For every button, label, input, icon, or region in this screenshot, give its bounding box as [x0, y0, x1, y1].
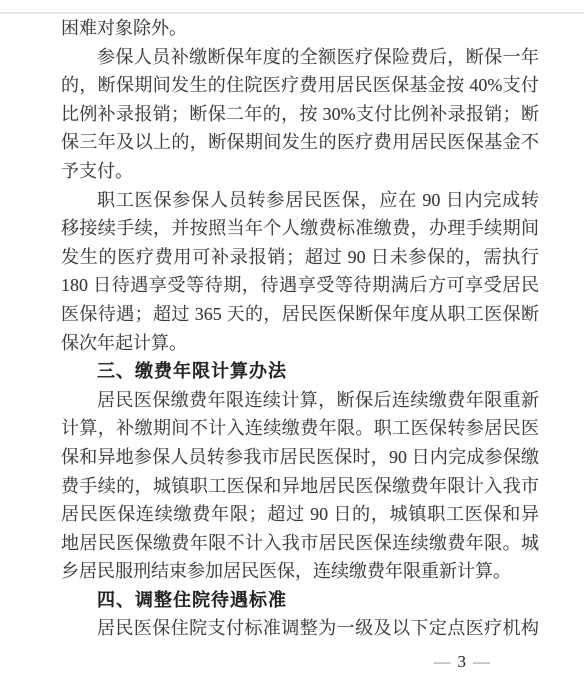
text-line: 计算，补缴期间不计入连续缴费年限。职工医保转参居民医 [61, 414, 539, 443]
page-number-value: 3 [458, 652, 467, 671]
text-line: 医保待遇；超过 365 天的，居民医保断保年度从职工医保断 [61, 300, 539, 329]
text-line: 发生的医疗费用可补录报销；超过 90 日未参保的，需执行 [61, 243, 539, 272]
page-number: —3— [0, 652, 490, 672]
text-line: 地居民医保缴费年限不计入我市居民医保连续缴费年限。城 [61, 529, 539, 558]
text-line: 居民医保住院支付标准调整为一级及以下定点医疗机构 [61, 614, 539, 643]
text-line: 乡居民服刑结束参加居民医保，连续缴费年限重新计算。 [61, 557, 539, 586]
text-line: 参保人员补缴断保年度的全额医疗保险费后，断保一年 [61, 43, 539, 72]
text-line: 比例补录报销；断保二年的，按 30%支付比例补录报销；断 [61, 100, 539, 129]
text-line: 180 日待遇享受等待期，待遇享受等待期满后方可享受居民 [61, 271, 539, 300]
text-line: 居民医保缴费年限连续计算，断保后连续缴费年限重新 [61, 386, 539, 415]
page-number-dash-left: — [434, 652, 451, 671]
text-line: 困难对象除外。 [61, 14, 539, 43]
section-heading: 四、调整住院待遇标准 [61, 586, 539, 615]
text-line: 移接续手续，并按照当年个人缴费标准缴费，办理手续期间 [61, 214, 539, 243]
text-line: 予支付。 [61, 157, 539, 186]
page-number-dash-right: — [473, 652, 490, 671]
document-body: 困难对象除外。参保人员补缴断保年度的全额医疗保险费后，断保一年的，断保期间发生的… [61, 14, 539, 643]
text-line: 保三年及以上的，断保期间发生的医疗费用居民医保基金不 [61, 128, 539, 157]
section-heading: 三、缴费年限计算办法 [61, 357, 539, 386]
text-line: 保和异地参保人员转参我市居民医保时，90 日内完成参保缴 [61, 443, 539, 472]
text-line: 的，断保期间发生的住院医疗费用居民医保基金按 40%支付 [61, 71, 539, 100]
document-page: 困难对象除外。参保人员补缴断保年度的全额医疗保险费后，断保一年的，断保期间发生的… [0, 0, 584, 692]
text-line: 保次年起计算。 [61, 329, 539, 358]
text-line: 费手续的，城镇职工医保和异地居民医保缴费年限计入我市 [61, 472, 539, 501]
text-line: 居民医保连续缴费年限；超过 90 日的，城镇职工医保和异 [61, 500, 539, 529]
text-line: 职工医保参保人员转参居民医保，应在 90 日内完成转 [61, 186, 539, 215]
